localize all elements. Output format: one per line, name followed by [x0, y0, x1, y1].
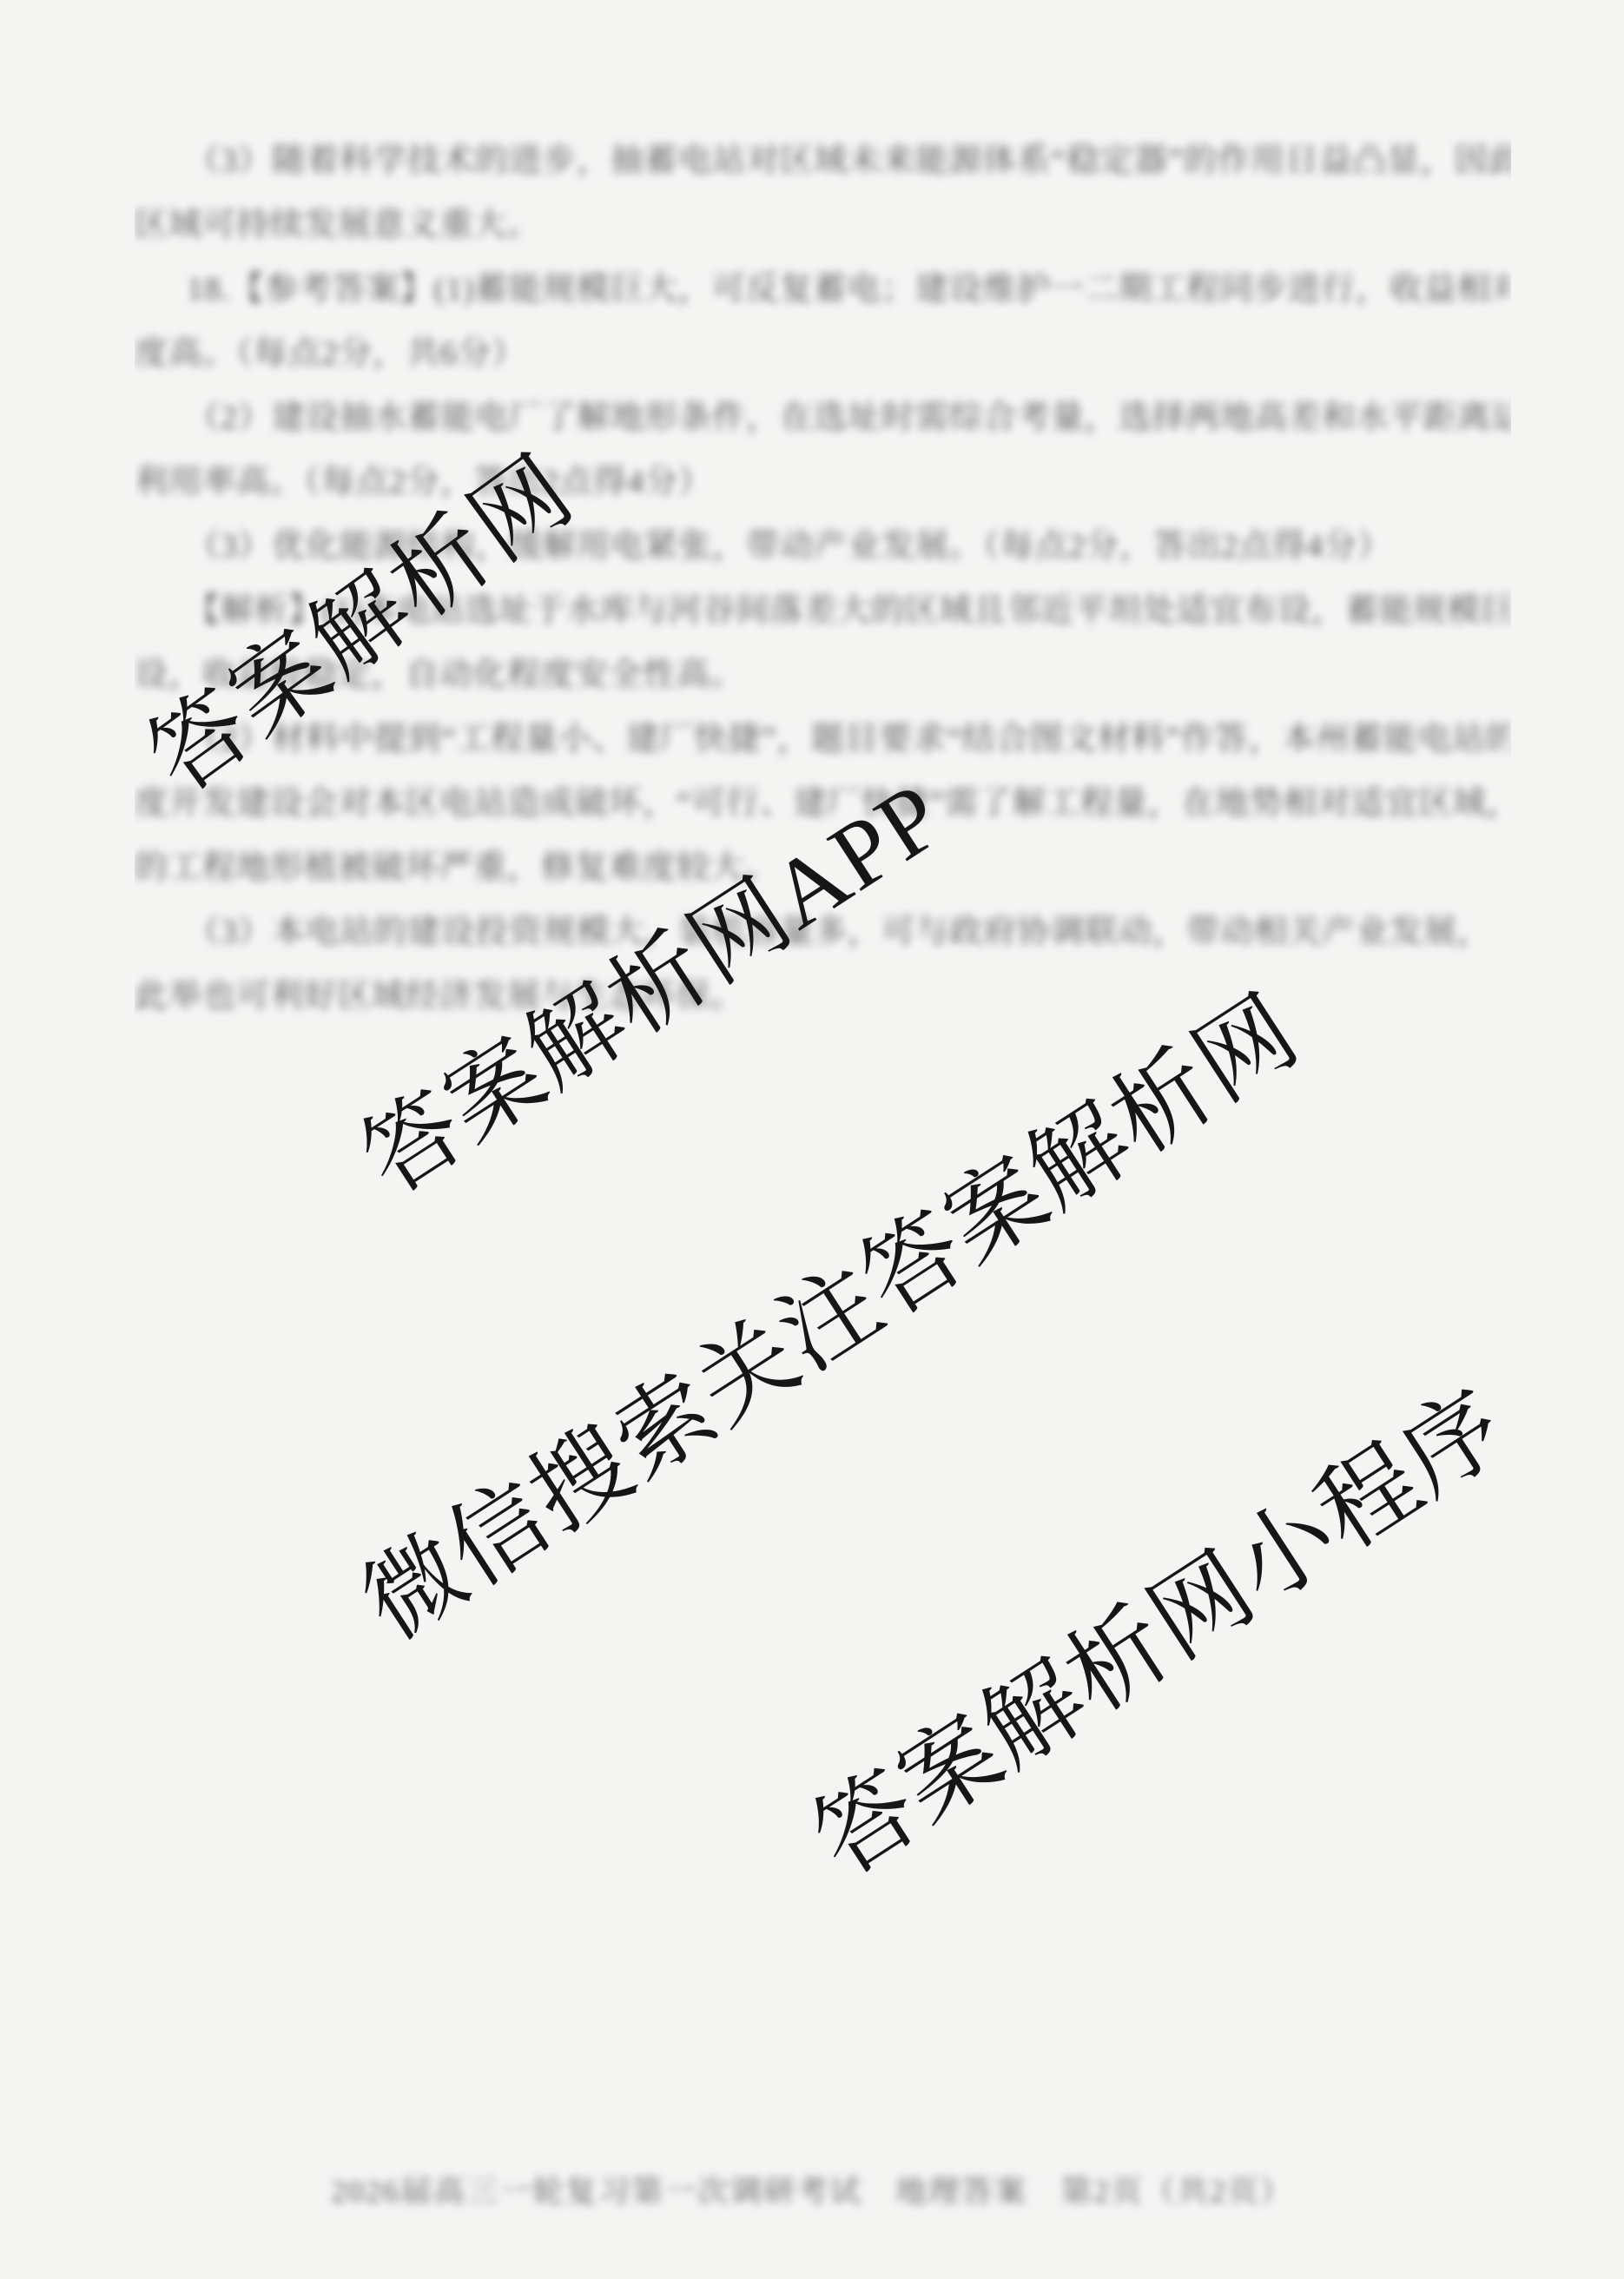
- paragraph-line: （3）随着科学技术的进步，抽蓄电站对区域未来能源体系“稳定器”的作用日益凸显，因…: [135, 129, 1511, 193]
- paragraph-line: 此举也可利好区域经济发展与生态环保。: [135, 964, 1511, 1028]
- scanned-answer-page: （3）随着科学技术的进步，抽蓄电站对区域未来能源体系“稳定器”的作用日益凸显，因…: [0, 0, 1624, 2279]
- watermark-mini-program: 答案解析网小程序: [795, 1376, 1515, 1898]
- paragraph-line: 利用率高。（每点2分，答出2点得4分）: [135, 450, 1511, 514]
- paragraph-line: 区域可持续发展意义重大。: [135, 193, 1511, 257]
- answer-paragraph: （3）随着科学技术的进步，抽蓄电站对区域未来能源体系“稳定器”的作用日益凸显，因…: [135, 129, 1511, 257]
- page-footer: 2026届高三一轮复习第一次调研考试 地理答案 第2页（共2页）: [0, 2167, 1624, 2211]
- paragraph-line: 18.【参考答案】(1)蓄能规模巨大，可反复蓄电；建设维护一二期工程同步进行，收…: [135, 257, 1511, 321]
- paragraph-line: （2）材料中提到“工程量小、建厂快捷”，题目要求“结合图文材料”作答，本州蓄能电…: [135, 707, 1511, 771]
- answer-paragraph: （2）建设抽水蓄能电厂了解地形条件，在选址时需综合考量，选择两地高差和水平距离适…: [135, 386, 1511, 514]
- paragraph-line: 度高。（每点2分，共6分）: [135, 321, 1511, 386]
- answer-paragraph: 18.【参考答案】(1)蓄能规模巨大，可反复蓄电；建设维护一二期工程同步进行，收…: [135, 257, 1511, 386]
- paragraph-line: （2）建设抽水蓄能电厂了解地形条件，在选址时需综合考量，选择两地高差和水平距离适…: [135, 386, 1511, 450]
